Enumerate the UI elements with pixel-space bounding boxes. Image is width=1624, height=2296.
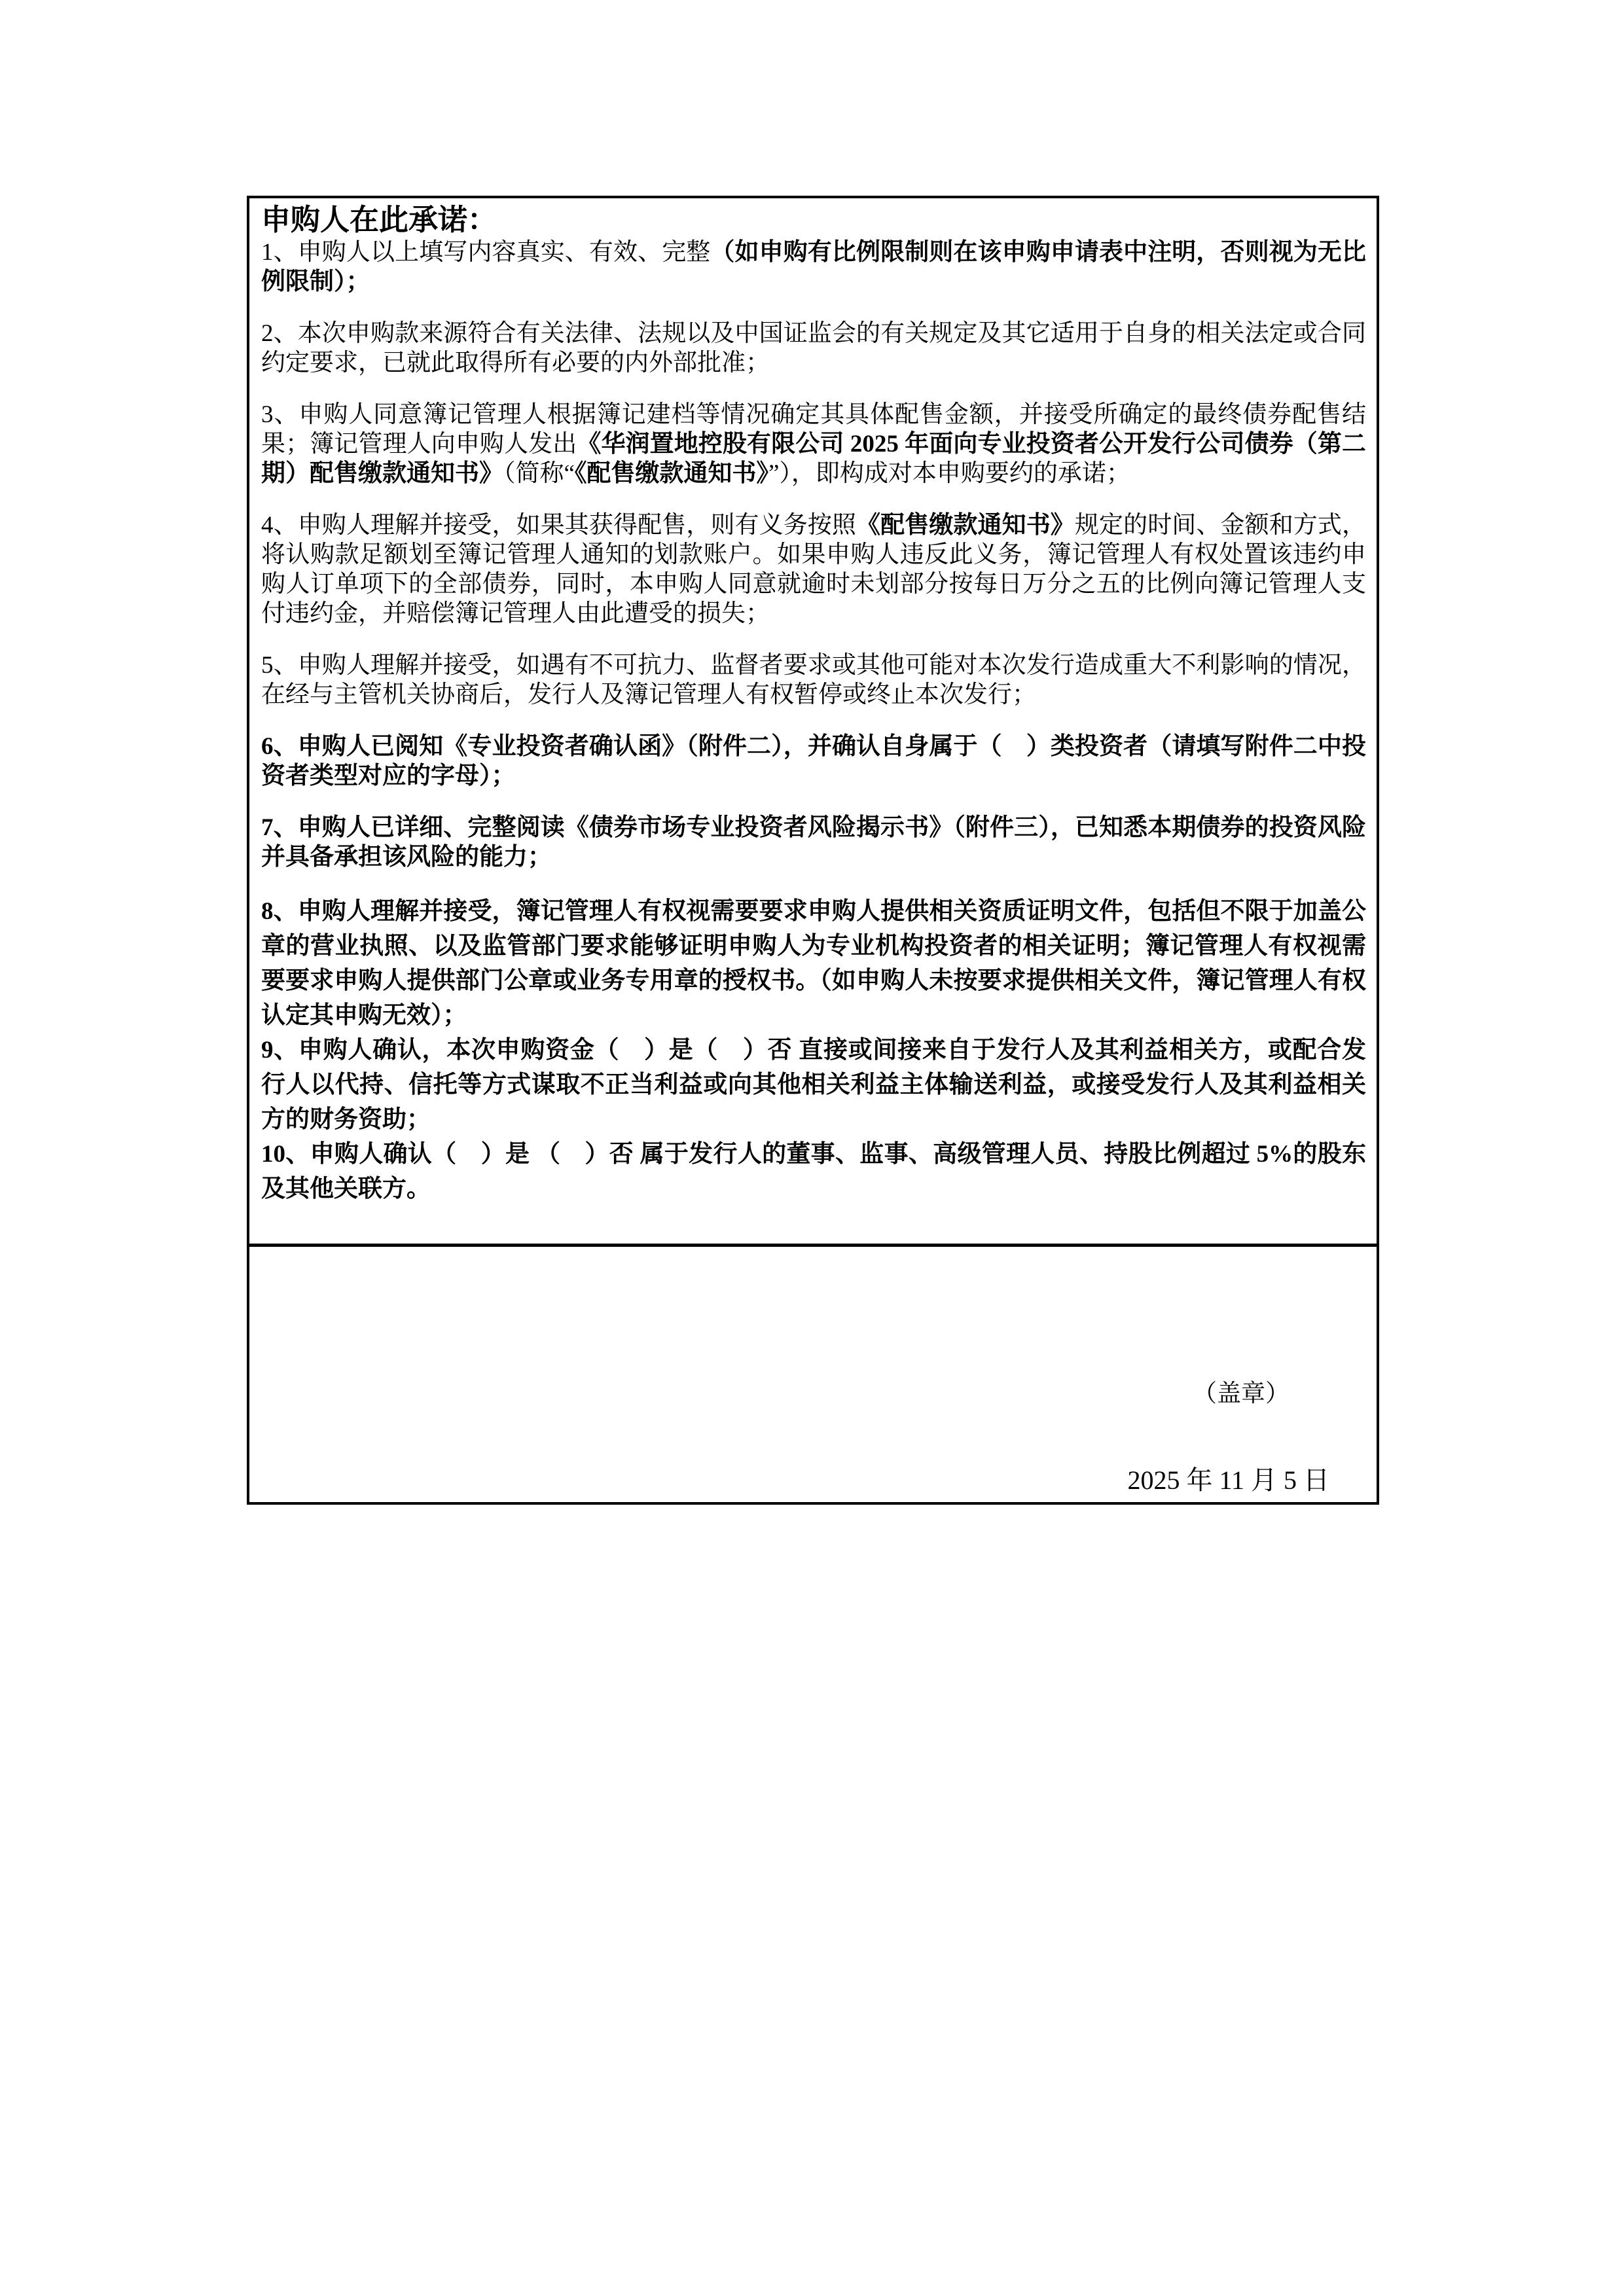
commitment-item-10-bold-segment: 10、申购人确认（ ）是 （ ）否 属于发行人的董事、监事、高级管理人员、持股比… [261,1141,1366,1202]
commitment-items: 1、申购人以上填写内容真实、有效、完整（如申购有比例限制则在该申购申请表中注明，… [261,238,1366,1206]
commitment-item-4-bold-segment: 《配售缴款通知书》 [856,512,1075,539]
commitment-item-3: 3、申购人同意簿记管理人根据簿记建档等情况确定其具体配售金额，并接受所确定的最终… [261,400,1366,488]
commitment-item-4-segment: 4、申购人理解并接受，如果其获得配售，则有义务按照 [261,512,856,539]
commitment-item-2: 2、本次申购款来源符合有关法律、法规以及中国证监会的有关规定及其它适用于自身的相… [261,319,1366,378]
commitment-item-8-bold-segment: 8、申购人理解并接受，簿记管理人有权视需要要求申购人提供相关资质证明文件，包括但… [261,898,1366,1029]
commitment-item-3-bold-segment: 《配售缴款通知书》 [575,460,768,487]
commitment-item-1: 1、申购人以上填写内容真实、有效、完整（如申购有比例限制则在该申购申请表中注明，… [261,238,1366,296]
commitments-title: 申购人在此承诺： [261,202,1366,238]
commitment-item-2-segment: 2、本次申购款来源符合有关法律、法规以及中国证监会的有关规定及其它适用于自身的相… [261,320,1366,376]
commitment-item-8: 8、申购人理解并接受，簿记管理人有权视需要要求申购人提供相关资质证明文件，包括但… [261,894,1366,1033]
seal-placeholder: （盖章） [1193,1381,1290,1407]
commitment-item-6: 6、申购人已阅知《专业投资者确认函》（附件二），并确认自身属于（ ）类投资者（请… [261,732,1366,791]
commitments-cell: 申购人在此承诺： 1、申购人以上填写内容真实、有效、完整（如申购有比例限制则在该… [249,198,1377,1247]
commitment-item-3-segment: ”），即构成对本申购要约的承诺； [768,460,1130,487]
signature-cell: （盖章） 2025 年 11 月 5 日 [249,1247,1377,1502]
commitment-item-5-segment: 5、申购人理解并接受，如遇有不可抗力、监督者要求或其他可能对本次发行造成重大不利… [261,652,1366,708]
document-page: 申购人在此承诺： 1、申购人以上填写内容真实、有效、完整（如申购有比例限制则在该… [0,0,1624,2296]
commitment-item-4: 4、申购人理解并接受，如果其获得配售，则有义务按照《配售缴款通知书》规定的时间、… [261,511,1366,628]
commitment-item-1-segment: 1、申购人以上填写内容真实、有效、完整 [261,239,710,266]
commitment-item-7: 7、申购人已详细、完整阅读《债券市场专业投资者风险揭示书》（附件三），已知悉本期… [261,813,1366,872]
commitment-item-7-bold-segment: 7、申购人已详细、完整阅读《债券市场专业投资者风险揭示书》（附件三），已知悉本期… [261,814,1366,870]
commitment-item-3-segment: （简称“ [503,460,575,487]
commitment-item-10: 10、申购人确认（ ）是 （ ）否 属于发行人的董事、监事、高级管理人员、持股比… [261,1137,1366,1206]
commitment-item-6-bold-segment: 6、申购人已阅知《专业投资者确认函》（附件二），并确认自身属于（ ）类投资者（请… [261,733,1366,789]
commitment-item-9-bold-segment: 9、申购人确认，本次申购资金（ ）是（ ）否 直接或间接来自于发行人及其利益相关… [261,1037,1366,1133]
commitment-item-5: 5、申购人理解并接受，如遇有不可抗力、监督者要求或其他可能对本次发行造成重大不利… [261,651,1366,709]
commitment-item-9: 9、申购人确认，本次申购资金（ ）是（ ）否 直接或间接来自于发行人及其利益相关… [261,1033,1366,1137]
signature-date: 2025 年 11 月 5 日 [1127,1467,1329,1494]
commitment-table: 申购人在此承诺： 1、申购人以上填写内容真实、有效、完整（如申购有比例限制则在该… [247,196,1379,1505]
